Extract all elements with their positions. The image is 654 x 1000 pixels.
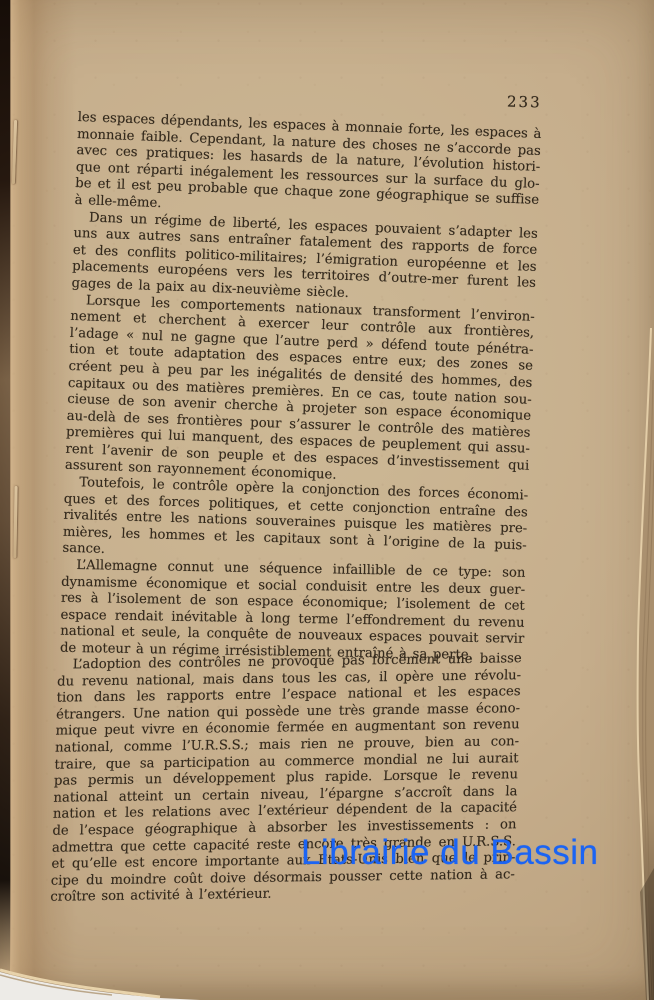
page-number: 233 xyxy=(507,93,542,112)
book-photo: 233 les espaces dépendants, les espaces … xyxy=(0,0,654,1000)
paragraph: Lorsque les comportements nationaux tran… xyxy=(65,292,535,491)
watermark: Librairie du Bassin xyxy=(301,833,598,873)
paragraph: Dans un régime de liberté, les espaces p… xyxy=(71,209,538,309)
text-block: les espaces dépendants, les espaces à mo… xyxy=(49,110,542,923)
paragraph: les espaces dépendants, les espaces à mo… xyxy=(74,110,541,226)
page-edge-right xyxy=(620,320,654,1000)
paragraph: L’Allemagne connut une séquence infailli… xyxy=(60,558,526,666)
paragraph: Toutefois, le contrôle opère la conjonct… xyxy=(62,475,528,572)
